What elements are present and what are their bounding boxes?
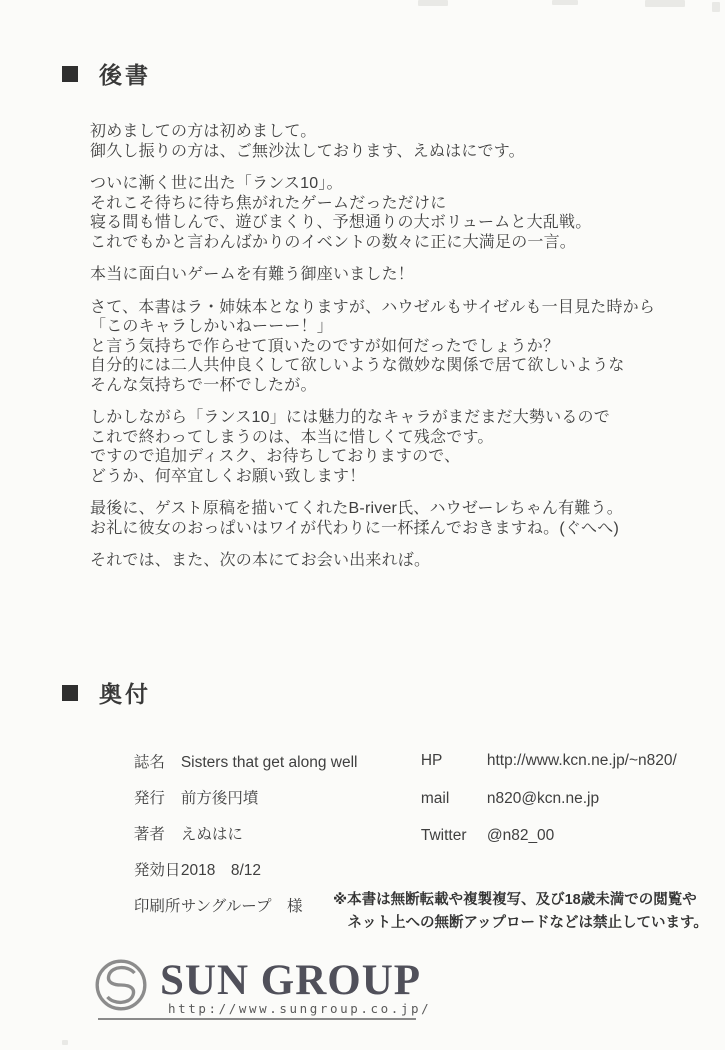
colophon-value: Sisters that get along well xyxy=(181,754,358,771)
colophon-label: 印刷所 xyxy=(134,894,181,916)
colophon-label: 発行 xyxy=(134,786,181,808)
contact-label: HP xyxy=(421,752,487,770)
scanned-afterword-page: 後書 初めましての方は初めまして。 御久し振りの方は、ご無沙汰しております、えぬ… xyxy=(0,0,725,1050)
contact-row-twitter: Twitter@n82_00 xyxy=(395,809,677,847)
scan-artifact xyxy=(712,2,720,12)
afterword-paragraph: 初めましての方は初めまして。 御久し振りの方は、ご無沙汰しております、えぬはにで… xyxy=(90,122,690,161)
scan-artifact xyxy=(418,0,448,6)
contact-label: Twitter xyxy=(421,827,487,845)
afterword-paragraph: それでは、また、次の本にてお会い出来れば。 xyxy=(90,551,690,571)
afterword-heading-label: 後書 xyxy=(99,57,151,90)
contact-label: mail xyxy=(421,790,487,808)
colophon-value: サングループ 様 xyxy=(181,898,303,915)
colophon-label: 発効日 xyxy=(134,858,181,880)
colophon-row-publisher: 発行前方後円墳 xyxy=(108,768,357,804)
sun-group-emblem-icon xyxy=(94,958,148,1012)
contact-value: http://www.kcn.ne.jp/~n820/ xyxy=(487,752,677,769)
afterword-paragraph: 最後に、ゲスト原稿を描いてくれたB-river氏、ハウゼーレちゃん有難う。 お礼… xyxy=(90,499,690,538)
sun-group-logo: SUN GROUP http://www.sungroup.co.jp/ xyxy=(94,956,424,1031)
square-bullet-icon xyxy=(62,66,78,82)
contact-row-hp: HPhttp://www.kcn.ne.jp/~n820/ xyxy=(395,734,677,772)
contact-table: HPhttp://www.kcn.ne.jp/~n820/ mailn820@k… xyxy=(395,734,677,847)
scan-artifact xyxy=(62,1040,68,1045)
colophon-row-title: 誌名Sisters that get along well xyxy=(108,732,357,768)
sun-group-url: http://www.sungroup.co.jp/ xyxy=(168,1001,431,1016)
scan-artifact xyxy=(552,0,578,5)
sun-group-name: SUN GROUP xyxy=(160,956,421,1005)
logo-underline xyxy=(98,1018,416,1020)
square-bullet-icon xyxy=(62,685,78,701)
colophon-value: えぬはに xyxy=(181,826,243,843)
contact-row-mail: mailn820@kcn.ne.jp xyxy=(395,772,677,810)
reproduction-disclaimer: ※本書は無断転載や複製複写、及び18歳未満での閲覧や ネット上への無断アップロー… xyxy=(333,889,713,935)
colophon-row-printer: 印刷所サングループ 様 xyxy=(108,876,357,912)
colophon-value: 2018 8/12 xyxy=(181,862,261,879)
colophon-heading-label: 奥付 xyxy=(99,676,151,709)
afterword-paragraph: さて、本書はラ・姉妹本となりますが、ハウゼルもサイゼルも一目見た時から 「このキ… xyxy=(90,298,690,396)
colophon-heading: 奥付 xyxy=(62,676,151,709)
contact-value: n820@kcn.ne.jp xyxy=(487,790,599,807)
colophon-label: 著者 xyxy=(134,822,181,844)
colophon-value: 前方後円墳 xyxy=(181,790,259,807)
scan-artifact xyxy=(645,0,685,7)
contact-value: @n82_00 xyxy=(487,827,554,844)
afterword-paragraph: 本当に面白いゲームを有難う御座いました！ xyxy=(90,265,690,285)
colophon-row-date: 発効日2018 8/12 xyxy=(108,840,357,876)
afterword-body: 初めましての方は初めまして。 御久し振りの方は、ご無沙汰しております、えぬはにで… xyxy=(90,122,690,584)
colophon-table: 誌名Sisters that get along well 発行前方後円墳 著者… xyxy=(108,732,357,912)
afterword-heading: 後書 xyxy=(62,57,151,90)
afterword-paragraph: ついに漸く世に出た「ランス10」。 それこそ待ちに待ち焦がれたゲームだっただけに… xyxy=(90,174,690,252)
colophon-row-author: 著者えぬはに xyxy=(108,804,357,840)
afterword-paragraph: しかしながら「ランス10」には魅力的なキャラがまだまだ大勢いるので これで終わっ… xyxy=(90,408,690,486)
colophon-label: 誌名 xyxy=(134,750,181,772)
